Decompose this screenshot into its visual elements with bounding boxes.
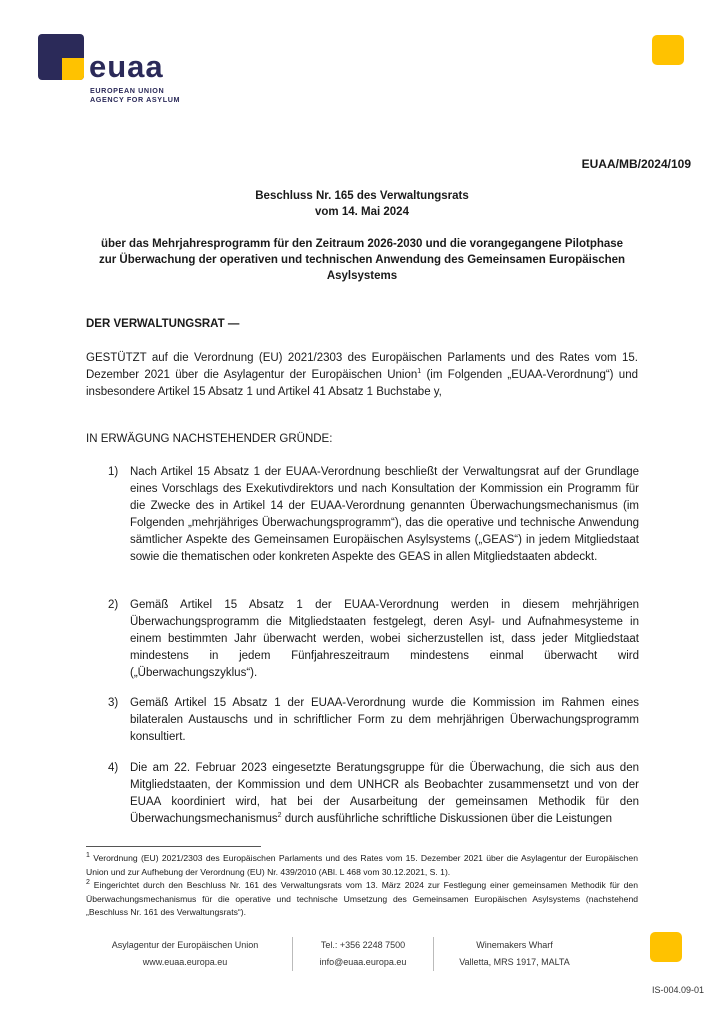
subject-line: über das Mehrjahresprogramm für den Zeit… (60, 236, 664, 252)
subject-line: zur Überwachung der operativen und techn… (60, 252, 664, 268)
recital-text: Gemäß Artikel 15 Absatz 1 der EUAA-Veror… (130, 695, 639, 746)
recital-text: Gemäß Artikel 15 Absatz 1 der EUAA-Veror… (130, 597, 639, 682)
recital-item: 1) Nach Artikel 15 Absatz 1 der EUAA-Ver… (108, 464, 639, 566)
footnotes: 1 Verordnung (EU) 2021/2303 des Europäis… (86, 852, 638, 920)
recital-item: 2) Gemäß Artikel 15 Absatz 1 der EUAA-Ve… (108, 597, 639, 682)
document-id: IS-004.09-01 (652, 985, 704, 995)
recital-number: 3) (108, 695, 118, 712)
footnote: 1 Verordnung (EU) 2021/2303 des Europäis… (86, 852, 638, 879)
decision-number: Beschluss Nr. 165 des Verwaltungsrats (60, 188, 664, 204)
document-reference: EUAA/MB/2024/109 (582, 157, 691, 171)
footer-address-line: Winemakers Wharf (442, 937, 587, 954)
footer-org-name: Asylagentur der Europäischen Union (95, 937, 275, 954)
yellow-corner-badge-icon (650, 932, 682, 962)
yellow-corner-badge-icon (652, 35, 684, 65)
logo-yellow-square-icon (62, 58, 84, 80)
board-heading: DER VERWALTUNGSRAT — (86, 318, 239, 330)
recital-item: 3) Gemäß Artikel 15 Absatz 1 der EUAA-Ve… (108, 695, 639, 746)
footer-address-line: Valletta, MRS 1917, MALTA (442, 954, 587, 971)
recital-number: 1) (108, 464, 118, 481)
logo-subtitle-line2: AGENCY FOR ASYLUM (90, 95, 180, 104)
footer-phone: Tel.: +356 2248 7500 (298, 937, 428, 954)
footer-divider (433, 937, 434, 971)
logo-subtitle-line1: EUROPEAN UNION (90, 86, 180, 95)
decision-subject: über das Mehrjahresprogramm für den Zeit… (60, 236, 664, 284)
decision-date: vom 14. Mai 2024 (60, 204, 664, 220)
footer-website-link[interactable]: www.euaa.europa.eu (95, 954, 275, 971)
footer-address: Winemakers Wharf Valletta, MRS 1917, MAL… (442, 937, 587, 971)
recital-item: 4) Die am 22. Februar 2023 eingesetzte B… (108, 760, 639, 828)
legal-basis-paragraph: GESTÜTZT auf die Verordnung (EU) 2021/23… (86, 350, 638, 401)
footnote-text: Eingerichtet durch den Beschluss Nr. 161… (86, 880, 638, 917)
logo-wordmark: euaa (89, 50, 164, 84)
footnote-text: Verordnung (EU) 2021/2303 des Europäisch… (86, 853, 638, 877)
subject-line: Asylsystems (60, 268, 664, 284)
recital-text: Die am 22. Februar 2023 eingesetzte Bera… (130, 760, 639, 828)
footer-email-link[interactable]: info@euaa.europa.eu (298, 954, 428, 971)
recitals-heading: IN ERWÄGUNG NACHSTEHENDER GRÜNDE: (86, 433, 332, 445)
footer-org: Asylagentur der Europäischen Union www.e… (95, 937, 275, 971)
euaa-logo: euaa EUROPEAN UNION AGENCY FOR ASYLUM (38, 34, 188, 104)
recital-text: Nach Artikel 15 Absatz 1 der EUAA-Verord… (130, 464, 639, 566)
recital-number: 2) (108, 597, 118, 614)
footer-divider (292, 937, 293, 971)
footnote-divider (86, 846, 261, 847)
logo-subtitle: EUROPEAN UNION AGENCY FOR ASYLUM (90, 86, 180, 104)
recital-number: 4) (108, 760, 118, 777)
recital-text-part: durch ausführliche schriftliche Diskussi… (282, 813, 613, 825)
footnote: 2 Eingerichtet durch den Beschluss Nr. 1… (86, 879, 638, 920)
decision-title: Beschluss Nr. 165 des Verwaltungsrats vo… (60, 188, 664, 220)
footer-contact: Tel.: +356 2248 7500 info@euaa.europa.eu (298, 937, 428, 971)
